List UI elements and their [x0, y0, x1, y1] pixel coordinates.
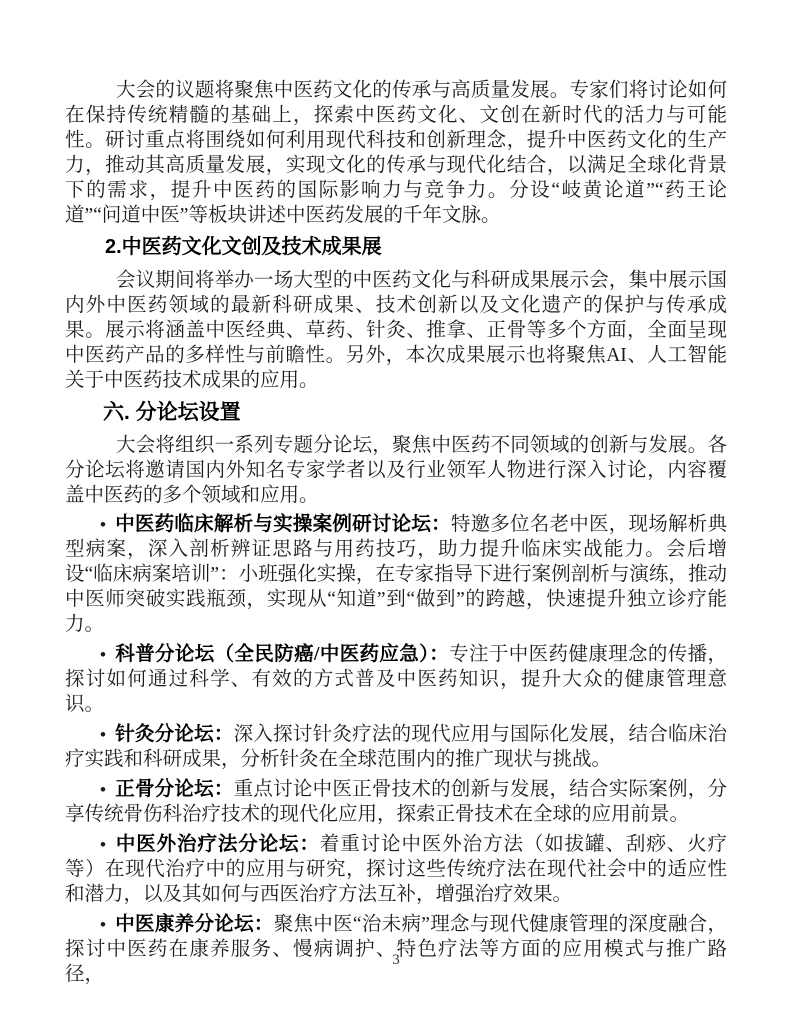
page-number: 3 [392, 952, 400, 968]
page-footer: 3 [0, 951, 792, 969]
forum-item-acupuncture: •针灸分论坛：深入探讨针灸疗法的现代应用与国际化发展，结合临床治疗实践和科研成果… [65, 722, 727, 772]
section-heading-expo: 2.中医药文化文创及技术成果展 [65, 234, 727, 260]
forum-item-clinical: •中医药临床解析与实操案例研讨论坛：特邀多位名老中医，现场解析典型病案，深入剖析… [65, 512, 727, 637]
bullet-icon: • [100, 515, 106, 534]
intro-paragraph: 大会的议题将聚焦中医药文化的传承与高质量发展。专家们将讨论如何在保持传统精髓的基… [65, 78, 727, 228]
section-heading-forums: 六. 分论坛设置 [65, 399, 727, 426]
bullet-icon: • [100, 645, 106, 664]
forum-item-bonesetting: •正骨分论坛：重点讨论中医正骨技术的创新与发展，结合实际案例，分享传统骨伤科治疗… [65, 777, 727, 827]
bullet-icon: • [100, 835, 106, 854]
forum-item-title: 中医外治疗法分论坛： [115, 834, 320, 855]
forum-item-title: 中医药临床解析与实操案例研讨论坛： [115, 514, 451, 535]
document-body: 大会的议题将聚焦中医药文化的传承与高质量发展。专家们将讨论如何在保持传统精髓的基… [65, 78, 727, 992]
forums-intro-paragraph: 大会将组织一系列专题分论坛，聚焦中医药不同领域的创新与发展。各分论坛将邀请国内外… [65, 433, 727, 508]
bullet-icon: • [100, 780, 106, 799]
document-page: 大会的议题将聚焦中医药文化的传承与高质量发展。专家们将讨论如何在保持传统精髓的基… [0, 0, 792, 1034]
forum-item-title: 针灸分论坛： [115, 724, 234, 745]
forum-item-science-popularization: •科普分论坛（全民防癌/中医药应急）：专注于中医药健康理念的传播，探讨如何通过科… [65, 642, 727, 717]
forum-item-title: 正骨分论坛： [115, 779, 234, 800]
forum-item-title: 科普分论坛（全民防癌/中医药应急）： [115, 644, 449, 665]
bullet-icon: • [100, 725, 106, 744]
forum-item-external-therapy: •中医外治疗法分论坛：着重讨论中医外治方法（如拔罐、刮痧、火疗等）在现代治疗中的… [65, 832, 727, 907]
expo-paragraph: 会议期间将举办一场大型的中医药文化与科研成果展示会，集中展示国内外中医药领域的最… [65, 268, 727, 393]
forum-item-wellness: •中医康养分论坛：聚焦中医“治未病”理念与现代健康管理的深度融合，探讨中医药在康… [65, 912, 727, 987]
bullet-icon: • [100, 915, 106, 934]
forum-item-title: 中医康养分论坛： [115, 914, 274, 935]
